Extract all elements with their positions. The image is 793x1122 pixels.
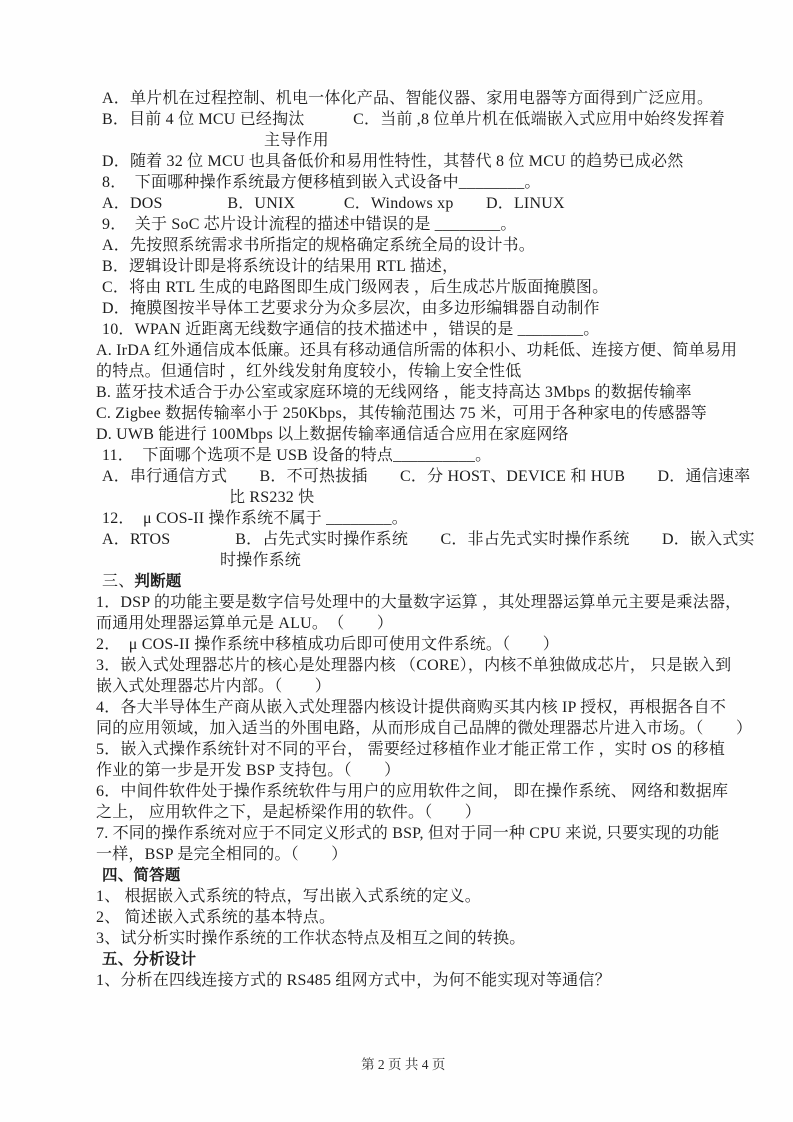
text-segment: 主导作用	[264, 132, 329, 149]
text-segment: D. UWB 能进行 100Mbps 以上数据传输率通信适合应用在家庭网络	[96, 426, 569, 443]
text-line: 2． μ COS-II 操作系统中移植成功后即可使用文件系统。（ ）	[96, 634, 736, 655]
text-line: C．将由 RTL 生成的电路图即生成门级网表 ，后生成芯片版面掩膜图。	[96, 277, 736, 298]
text-line: 作业的第一步是开发 BSP 支持包。（ ）	[96, 760, 736, 781]
heading-label: 四、简答题	[102, 867, 181, 884]
text-line: D. UWB 能进行 100Mbps 以上数据传输率通信适合应用在家庭网络	[96, 424, 736, 445]
text-segment: 3．嵌入式处理器芯片的核心是处理器内核 （CORE），内核不单独做成芯片， 只是…	[96, 657, 731, 674]
text-line: 9． 关于 SoC 芯片设计流程的描述中错误的是 ________。	[96, 214, 736, 235]
section-heading: 四、简答题	[96, 865, 736, 886]
text-line: 嵌入式处理器芯片内部。（ ）	[96, 676, 736, 697]
text-segment: 2、 简述嵌入式系统的基本特点。	[96, 909, 335, 926]
text-segment: 1、分析在四线连接方式的 RS485 组网方式中，为何不能实现对等通信？	[96, 972, 611, 989]
text-line: D．随着 32 位 MCU 也具备低价和易用性特性，其替代 8 位 MCU 的趋…	[96, 151, 736, 172]
text-segment: A．DOS B．UNIX C．Windows xp D．LINUX	[102, 195, 565, 212]
text-segment: 6．中间件软件处于操作系统软件与用户的应用软件之间， 即在操作系统、 网络和数据…	[96, 783, 728, 800]
text-segment: 同的应用领域，加入适当的外围电路，从而形成自己品牌的微处理器芯片进入市场。（ ）	[96, 720, 752, 737]
text-segment: A．先按照系统需求书所指定的规格确定系统全局的设计书。	[102, 237, 535, 254]
text-line: 6．中间件软件处于操作系统软件与用户的应用软件之间， 即在操作系统、 网络和数据…	[96, 781, 736, 802]
text-line: 7. 不同的操作系统对应于不同定义形式的 BSP, 但对于同一种 CPU 来说,…	[96, 823, 736, 844]
text-segment: 7. 不同的操作系统对应于不同定义形式的 BSP, 但对于同一种 CPU 来说,…	[96, 825, 719, 842]
text-segment: B. 蓝牙技术适合于办公室或家庭环境的无线网络 ，能支持高达 3Mbps 的数据…	[96, 384, 692, 401]
heading-label: 判断题	[134, 573, 181, 590]
text-line: 比 RS232 快	[96, 487, 736, 508]
text-line: 一样，BSP 是完全相同的。（ ）	[96, 844, 736, 865]
text-line: A．单片机在过程控制、机电一体化产品、智能仪器、家用电器等方面得到广泛应用。	[96, 88, 736, 109]
text-line: A．先按照系统需求书所指定的规格确定系统全局的设计书。	[96, 235, 736, 256]
text-line: 8． 下面哪种操作系统最方便移植到嵌入式设备中________。	[96, 172, 736, 193]
text-segment: C. Zigbee 数据传输率小于 250Kbps，其传输范围达 75 米，可用…	[96, 405, 707, 422]
section-heading: 三、判断题	[96, 571, 736, 592]
text-segment: 三、	[102, 573, 134, 590]
text-line: 之上， 应用软件之下，是起桥梁作用的软件。（ ）	[96, 802, 736, 823]
text-line: 2、 简述嵌入式系统的基本特点。	[96, 907, 736, 928]
text-segment: 而通用处理器运算单元是 ALU。 （ ）	[96, 615, 393, 632]
text-segment: 时操作系统	[220, 552, 301, 569]
text-segment: 的特点。但通信时 ，红外线发射角度较小，传输上安全性低	[96, 363, 521, 380]
text-segment: 3、试分析实时操作系统的工作状态特点及相互之间的转换。	[96, 930, 525, 947]
text-line: 1、 根据嵌入式系统的特点，写出嵌入式系统的定义。	[96, 886, 736, 907]
text-segment: 10．WPAN 近距离无线数字通信的技术描述中 ，错误的是 ________。	[102, 321, 599, 338]
text-segment: 5．嵌入式操作系统针对不同的平台， 需要经过移植作业才能正常工作 ，实时 OS …	[96, 741, 725, 758]
text-segment: 11． 下面哪个选项不是 USB 设备的特点__________。	[102, 447, 491, 464]
text-segment: D．随着 32 位 MCU 也具备低价和易用性特性，其替代 8 位 MCU 的趋…	[102, 153, 683, 170]
text-line: 10．WPAN 近距离无线数字通信的技术描述中 ，错误的是 ________。	[96, 319, 736, 340]
text-segment: A．串行通信方式 B．不可热拔插 C．分 HOST、DEVICE 和 HUB D…	[102, 468, 750, 485]
text-segment: 8． 下面哪种操作系统最方便移植到嵌入式设备中________。	[102, 174, 541, 191]
text-line: B．目前 4 位 MCU 已经掏汰 C．当前 ,8 位单片机在低端嵌入式应用中始…	[96, 109, 736, 130]
text-line: 同的应用领域，加入适当的外围电路，从而形成自己品牌的微处理器芯片进入市场。（ ）	[96, 718, 736, 739]
text-line: A．串行通信方式 B．不可热拔插 C．分 HOST、DEVICE 和 HUB D…	[96, 466, 736, 487]
text-line: B．逻辑设计即是将系统设计的结果用 RTL 描述，	[96, 256, 736, 277]
text-segment: 嵌入式处理器芯片内部。（ ）	[96, 678, 331, 695]
page-footer: 第 2 页 共 4 页	[0, 1038, 793, 1092]
page-number: 第 2 页 共 4 页	[361, 1057, 445, 1072]
text-segment: D．掩膜图按半导体工艺要求分为众多层次，由多边形编辑器自动制作	[102, 300, 600, 317]
text-line: A．DOS B．UNIX C．Windows xp D．LINUX	[96, 193, 736, 214]
text-segment: 一样，BSP 是完全相同的。（ ）	[96, 846, 347, 863]
text-line: C. Zigbee 数据传输率小于 250Kbps，其传输范围达 75 米，可用…	[96, 403, 736, 424]
text-segment: 之上， 应用软件之下，是起桥梁作用的软件。（ ）	[96, 804, 481, 821]
text-segment: 2． μ COS-II 操作系统中移植成功后即可使用文件系统。（ ）	[96, 636, 559, 653]
text-line: B. 蓝牙技术适合于办公室或家庭环境的无线网络 ，能支持高达 3Mbps 的数据…	[96, 382, 736, 403]
text-segment: A. IrDA 红外通信成本低廉。还具有移动通信所需的体积小、功耗低、连接方便、…	[96, 342, 737, 359]
text-line: 时操作系统	[96, 550, 736, 571]
text-line: A．RTOS B．占先式实时操作系统 C．非占先式实时操作系统 D．嵌入式实	[96, 529, 736, 550]
text-line: D．掩膜图按半导体工艺要求分为众多层次，由多边形编辑器自动制作	[96, 298, 736, 319]
text-segment: 12． μ COS-II 操作系统不属于 ________。	[102, 510, 408, 527]
text-line: 4．各大半导体生产商从嵌入式处理器内核设计提供商购买其内核 IP 授权，再根据各…	[96, 697, 736, 718]
section-heading: 五、分析设计	[96, 949, 736, 970]
text-segment: 9． 关于 SoC 芯片设计流程的描述中错误的是 ________。	[102, 216, 517, 233]
heading-label: 五、分析设计	[102, 951, 196, 968]
document-page: A．单片机在过程控制、机电一体化产品、智能仪器、家用电器等方面得到广泛应用。B．…	[0, 0, 793, 1122]
text-line: 12． μ COS-II 操作系统不属于 ________。	[96, 508, 736, 529]
text-segment: A．RTOS B．占先式实时操作系统 C．非占先式实时操作系统 D．嵌入式实	[102, 531, 755, 548]
text-segment: B．逻辑设计即是将系统设计的结果用 RTL 描述，	[102, 258, 458, 275]
text-segment: B．目前 4 位 MCU 已经掏汰 C．当前 ,8 位单片机在低端嵌入式应用中始…	[102, 111, 725, 128]
text-line: 3．嵌入式处理器芯片的核心是处理器内核 （CORE），内核不单独做成芯片， 只是…	[96, 655, 736, 676]
text-line: 1．DSP 的功能主要是数字信号处理中的大量数字运算 ，其处理器运算单元主要是乘…	[96, 592, 736, 613]
text-segment: 4．各大半导体生产商从嵌入式处理器内核设计提供商购买其内核 IP 授权，再根据各…	[96, 699, 726, 716]
text-line: 而通用处理器运算单元是 ALU。 （ ）	[96, 613, 736, 634]
text-segment: 作业的第一步是开发 BSP 支持包。（ ）	[96, 762, 400, 779]
text-line: 3、试分析实时操作系统的工作状态特点及相互之间的转换。	[96, 928, 736, 949]
text-segment: 1、 根据嵌入式系统的特点，写出嵌入式系统的定义。	[96, 888, 481, 905]
text-line: 11． 下面哪个选项不是 USB 设备的特点__________。	[96, 445, 736, 466]
text-line: 5．嵌入式操作系统针对不同的平台， 需要经过移植作业才能正常工作 ，实时 OS …	[96, 739, 736, 760]
text-segment: 比 RS232 快	[229, 489, 314, 506]
text-segment: C．将由 RTL 生成的电路图即生成门级网表 ，后生成芯片版面掩膜图。	[102, 279, 608, 296]
document-body: A．单片机在过程控制、机电一体化产品、智能仪器、家用电器等方面得到广泛应用。B．…	[96, 88, 736, 991]
text-line: 主导作用	[96, 130, 736, 151]
text-segment: 1．DSP 的功能主要是数字信号处理中的大量数字运算 ，其处理器运算单元主要是乘…	[96, 594, 741, 611]
text-line: 1、分析在四线连接方式的 RS485 组网方式中，为何不能实现对等通信？	[96, 970, 736, 991]
text-segment: A．单片机在过程控制、机电一体化产品、智能仪器、家用电器等方面得到广泛应用。	[102, 90, 713, 107]
text-line: A. IrDA 红外通信成本低廉。还具有移动通信所需的体积小、功耗低、连接方便、…	[96, 340, 736, 361]
text-line: 的特点。但通信时 ，红外线发射角度较小，传输上安全性低	[96, 361, 736, 382]
